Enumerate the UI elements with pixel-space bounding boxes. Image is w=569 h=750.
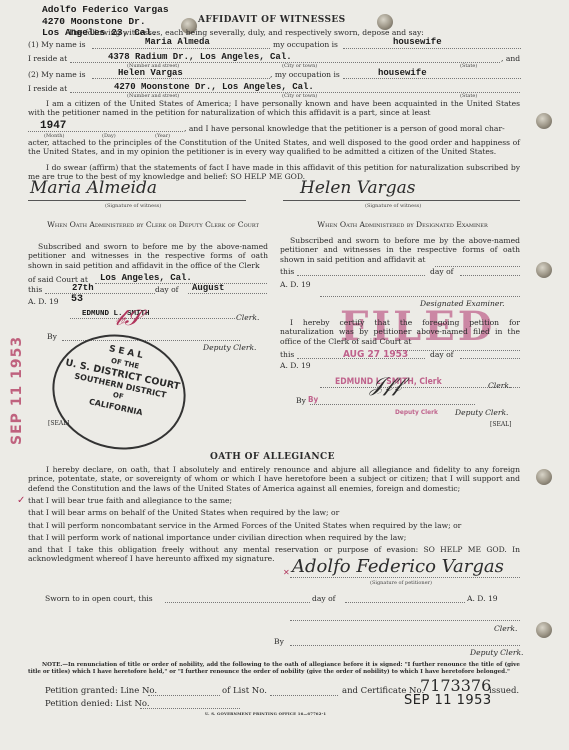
line-no-line bbox=[148, 695, 220, 696]
sig-label: (Signature of petitioner) bbox=[370, 580, 432, 586]
w2-occupation-line bbox=[343, 78, 521, 79]
by-line bbox=[290, 645, 520, 646]
by-label: By bbox=[274, 637, 284, 646]
day-line bbox=[45, 293, 155, 294]
printer-line: U. S. GOVERNMENT PRINTING OFFICE 16—6776… bbox=[205, 712, 326, 717]
x-mark-icon: ✕ bbox=[283, 568, 290, 578]
since-year: 1947 bbox=[40, 120, 66, 134]
day-value: 27th bbox=[72, 283, 94, 294]
ad-label: A. D. 19 bbox=[467, 594, 498, 603]
w1-and: , and bbox=[501, 54, 520, 63]
witness2-signature: Helen Vargas bbox=[300, 178, 415, 199]
punch-hole bbox=[536, 113, 552, 129]
by-label: By bbox=[47, 332, 57, 341]
nobility-note: NOTE.—In renunciation of title or order … bbox=[28, 662, 520, 676]
oath-line: that I will perform work of national imp… bbox=[28, 533, 406, 542]
clerk-text: Subscribed and sworn to before me by the… bbox=[28, 242, 268, 270]
check-mark-icon: ✓ bbox=[17, 495, 25, 508]
day-of-label: day of bbox=[155, 285, 178, 294]
day-of-label: day of bbox=[430, 267, 453, 276]
certify-text: I hereby certify that the foregoing peti… bbox=[280, 318, 520, 346]
w1-name-label: (1) My name is bbox=[28, 40, 86, 49]
by-label: By bbox=[296, 396, 306, 405]
citizen-text3: acter, attached to the principles of the… bbox=[28, 138, 520, 157]
court-seal-stamp: SEAL OF THE U. S. DISTRICT COURT SOUTHER… bbox=[42, 322, 197, 461]
w1-reside-label: I reside at bbox=[28, 54, 67, 63]
court-at-value: Los Angeles, Cal. bbox=[100, 273, 192, 284]
day-line bbox=[297, 275, 425, 276]
sworn-text: Sworn to in open court, this bbox=[45, 594, 153, 603]
denied-label: Petition denied: List No. bbox=[45, 699, 150, 710]
sig-line bbox=[28, 200, 246, 201]
filed-date-stamp: AUG 27 1953 bbox=[343, 349, 408, 362]
punch-hole bbox=[536, 622, 552, 638]
month-line bbox=[460, 275, 520, 276]
clerk-heading: When Oath Administered by Clerk or Deput… bbox=[28, 220, 278, 229]
day-of-label: day of bbox=[312, 594, 335, 603]
w2-occupation-label: , my occupation is bbox=[270, 70, 340, 79]
citizen-text2: , and I have personal knowledge that the… bbox=[184, 124, 524, 133]
issued-date-stamp: SEP 11 1953 bbox=[404, 693, 492, 709]
punch-hole bbox=[536, 262, 552, 278]
oath-line: that I will bear true faith and allegian… bbox=[28, 496, 232, 505]
w2-name: Helen Vargas bbox=[118, 68, 183, 79]
sub-label: (City or town) bbox=[282, 63, 317, 69]
list-no-line bbox=[270, 695, 338, 696]
clerk-label: Clerk. bbox=[488, 381, 511, 390]
seal-label: [SEAL] bbox=[490, 421, 512, 429]
granted-label: Petition granted: Line No. bbox=[45, 686, 157, 697]
w1-address: 4378 Radium Dr., Los Angeles, Cal. bbox=[108, 52, 292, 63]
deputy-label: Deputy Clerk. bbox=[470, 648, 523, 657]
intro-text: The following witnesses, each being seve… bbox=[68, 28, 538, 37]
sig-line bbox=[283, 200, 520, 201]
oath-title: OATH OF ALLEGIANCE bbox=[210, 452, 335, 463]
deputy-stamp: Deputy Clerk bbox=[395, 408, 438, 416]
clerk-label: Clerk. bbox=[494, 624, 517, 633]
this-label: this bbox=[280, 267, 294, 276]
punch-hole bbox=[536, 469, 552, 485]
document-title: AFFIDAVIT OF WITNESSES bbox=[198, 15, 346, 26]
day-of-label: day of bbox=[430, 350, 453, 359]
oath-paragraph: I hereby declare, on oath, that I absolu… bbox=[28, 465, 520, 493]
witness1-signature: Maria Almeida bbox=[30, 178, 157, 199]
sub-label: (State) bbox=[460, 63, 477, 69]
issued-label: issued. bbox=[489, 686, 519, 697]
vertical-date-stamp: SEP 11 1953 bbox=[9, 336, 27, 445]
petitioner-signature: Adolfo Federico Vargas bbox=[292, 556, 504, 579]
petitioner-name: Adolfo Federico Vargas bbox=[42, 5, 169, 15]
year-value: 53 bbox=[71, 294, 83, 307]
petitioner-address-1: 4270 Moonstone Dr. bbox=[42, 17, 146, 27]
this-label: this bbox=[280, 350, 294, 359]
certify-at-line bbox=[395, 350, 520, 351]
certify-signature-mark: 𝒥𝒻𝒻 bbox=[370, 372, 402, 397]
this-label: this bbox=[28, 285, 42, 294]
w1-occupation: housewife bbox=[393, 37, 442, 48]
w1-name: Maria Almeda bbox=[145, 37, 210, 48]
w2-name-label: (2) My name is bbox=[28, 70, 86, 79]
deputy-label: Deputy Clerk. bbox=[455, 408, 508, 417]
clerk-line bbox=[290, 620, 520, 621]
clerk-line bbox=[70, 318, 235, 319]
by-line bbox=[310, 404, 475, 405]
sworn-month-line bbox=[345, 602, 465, 603]
denied-line bbox=[140, 708, 240, 709]
examiner-heading: When Oath Administered by Designated Exa… bbox=[285, 220, 520, 229]
oath-line: that I will perform noncombatant service… bbox=[28, 521, 461, 530]
w2-address: 4270 Moonstone Dr., Los Angeles, Cal. bbox=[114, 82, 314, 93]
w2-occupation: housewife bbox=[378, 68, 427, 79]
oath-line: that I will bear arms on behalf of the U… bbox=[28, 508, 339, 517]
examiner-text: Subscribed and sworn to before me by the… bbox=[280, 236, 520, 264]
sig-label: (Signature of witness) bbox=[365, 203, 421, 209]
w1-occupation-label: my occupation is bbox=[273, 40, 338, 49]
clerk-signature-mark: 𝒷𝒮 bbox=[115, 305, 141, 333]
ad-label: A. D. 19 bbox=[280, 280, 311, 289]
citizen-paragraph: I am a citizen of the United States of A… bbox=[28, 99, 520, 118]
w2-reside-label: I reside at bbox=[28, 84, 67, 93]
sig-label: (Signature of witness) bbox=[105, 203, 161, 209]
list-label: of List No. bbox=[222, 686, 267, 697]
examiner-line bbox=[320, 296, 520, 297]
affidavit-page: Adolfo Federico Vargas 4270 Moonstone Dr… bbox=[0, 0, 569, 750]
deputy-label: Deputy Clerk. bbox=[203, 343, 256, 352]
ad-label: A. D. 19 bbox=[28, 297, 59, 306]
sig-line bbox=[290, 577, 520, 578]
clerk-label: Clerk. bbox=[236, 313, 259, 322]
sworn-day-line bbox=[165, 602, 310, 603]
month-line bbox=[460, 358, 520, 359]
month-value: August bbox=[192, 283, 224, 294]
ad-label: A. D. 19 bbox=[280, 361, 311, 370]
